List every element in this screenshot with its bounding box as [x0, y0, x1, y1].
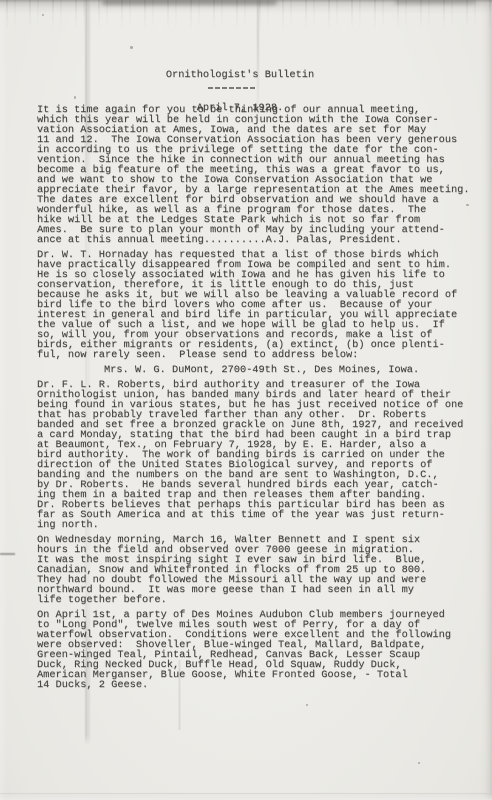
paragraph-hornaday-request: Dr. W. T. Hornaday has requested that a … [37, 250, 471, 360]
ink-smudge [395, 0, 475, 4]
paragraph-roberts-banding: Dr. F. L. R. Roberts, bird authority and… [37, 380, 471, 530]
document-body: It is time again for you to be thinking … [37, 105, 471, 695]
paper-speck [418, 762, 420, 764]
scan-bottom-edge [0, 793, 492, 800]
paper-speck [306, 704, 308, 706]
paragraph-annual-meeting: It is time again for you to be thinking … [37, 105, 471, 245]
paragraph-audubon-trip: On April 1st, a party of Des Moines Audu… [37, 610, 471, 690]
paragraph-geese-migration: On Wednesday morning, March 16, Walter B… [37, 535, 471, 605]
document-title: Ornithologist's Bulletin [0, 70, 480, 81]
typed-divider-line [208, 87, 255, 89]
paper-speck [42, 14, 44, 16]
mailing-address-line: Mrs. W. G. DuMont, 2700-49th St., Des Mo… [37, 365, 471, 375]
margin-mark [0, 553, 15, 555]
document-page: Ornithologist's Bulletin April 7, 1928. … [0, 0, 492, 800]
ink-smudge [102, 0, 277, 5]
